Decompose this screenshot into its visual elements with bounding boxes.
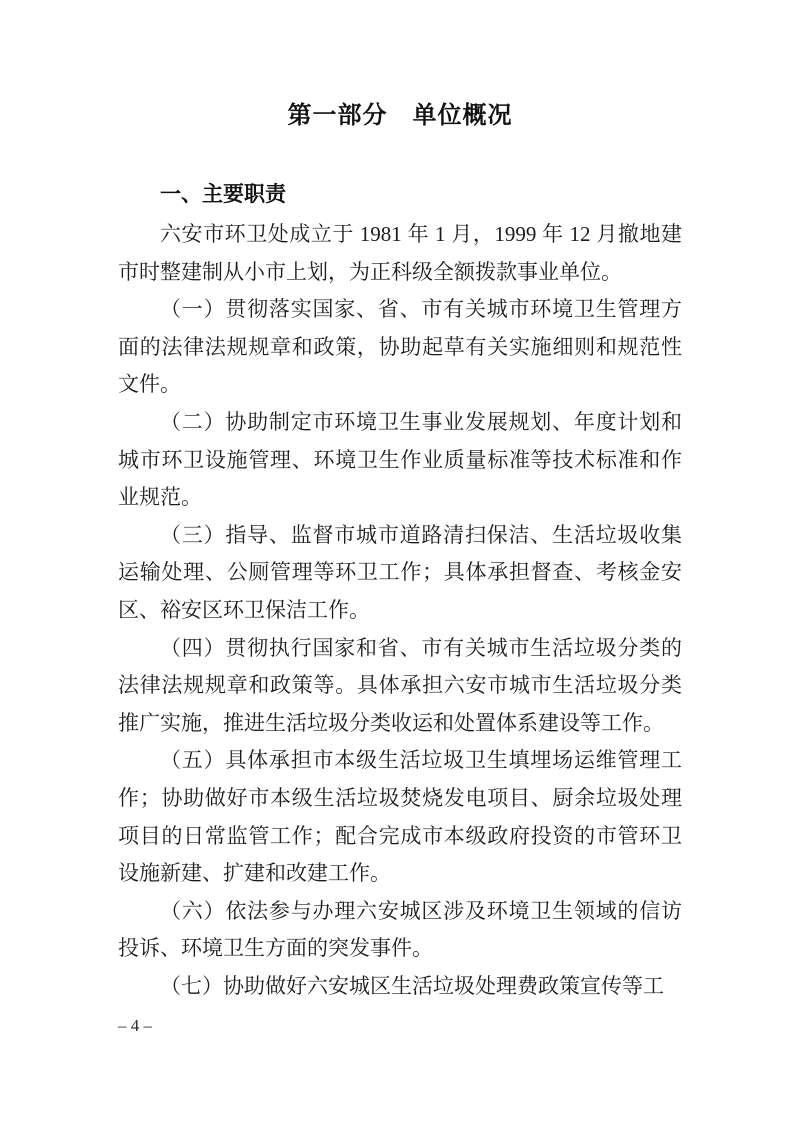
section-heading: 一、主要职责 xyxy=(118,182,682,208)
paragraph-duty-6: （六）依法参与办理六安城区涉及环境卫生领域的信访投诉、环境卫生方面的突发事件。 xyxy=(118,893,682,968)
paragraph-duty-7: （七）协助做好六安城区生活垃圾处理费政策宣传等工 xyxy=(118,968,682,1006)
paragraph-intro: 六安市环卫处成立于 1981 年 1 月，1999 年 12 月撤地建市时整建制… xyxy=(118,216,682,291)
body-text: 六安市环卫处成立于 1981 年 1 月，1999 年 12 月撤地建市时整建制… xyxy=(118,216,682,1005)
paragraph-duty-4: （四）贯彻执行国家和省、市有关城市生活垃圾分类的法律法规规章和政策等。具体承担六… xyxy=(118,630,682,743)
document-content: 第一部分 单位概况 一、主要职责 六安市环卫处成立于 1981 年 1 月，19… xyxy=(118,0,682,1005)
page-number: – 4 – xyxy=(118,1015,152,1037)
document-page: 第一部分 单位概况 一、主要职责 六安市环卫处成立于 1981 年 1 月，19… xyxy=(0,0,793,1122)
page-title: 第一部分 单位概况 xyxy=(118,102,682,130)
paragraph-duty-3: （三）指导、监督市城市道路清扫保洁、生活垃圾收集运输处理、公厕管理等环卫工作；具… xyxy=(118,517,682,630)
paragraph-duty-2: （二）协助制定市环境卫生事业发展规划、年度计划和城市环卫设施管理、环境卫生作业质… xyxy=(118,404,682,517)
paragraph-duty-5: （五）具体承担市本级生活垃圾卫生填埋场运维管理工作；协助做好市本级生活垃圾焚烧发… xyxy=(118,742,682,892)
paragraph-duty-1: （一）贯彻落实国家、省、市有关城市环境卫生管理方面的法律法规规章和政策，协助起草… xyxy=(118,291,682,404)
